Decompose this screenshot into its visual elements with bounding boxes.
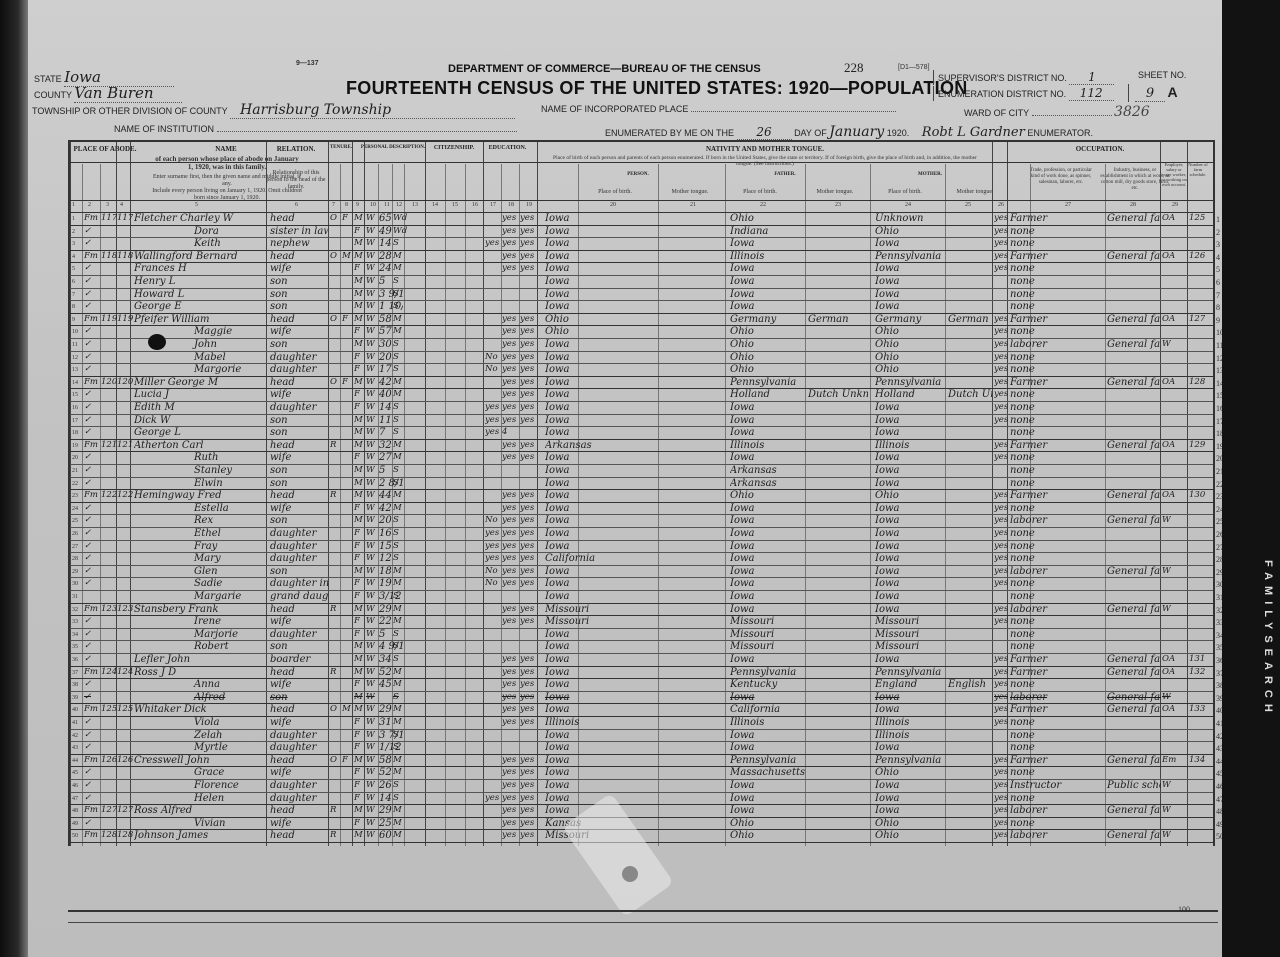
father-birthplace-cell: Kentucky — [730, 679, 805, 690]
tenure-owned-cell: R — [330, 830, 336, 840]
line-number: 17 — [72, 418, 78, 424]
line-number: 14 — [72, 380, 78, 386]
write-cell: yes — [520, 805, 534, 815]
sheet-number-label: SHEET NO. — [1138, 70, 1186, 80]
read-cell: yes — [502, 553, 516, 563]
scan-left-edge — [0, 0, 30, 957]
sex-cell: F — [354, 616, 360, 626]
enumeration-label: ENUMERATION DISTRICT NO. — [938, 89, 1066, 99]
age-cell: 3 9/12 — [379, 289, 403, 300]
name-cell: Stansbery Frank — [134, 604, 264, 615]
street-cell: Fm — [84, 377, 98, 387]
column-number: 25 — [965, 202, 971, 208]
race-cell: W — [366, 755, 375, 765]
birthplace-cell: Iowa — [545, 591, 655, 602]
marital-status-cell: M — [393, 440, 402, 450]
trade-cell: none — [1010, 742, 1104, 753]
class-of-worker-cell: OA — [1162, 251, 1175, 261]
birthplace-cell: Iowa — [545, 263, 655, 274]
line-number: 48 — [72, 808, 78, 814]
write-cell: yes — [520, 352, 534, 362]
sex-cell: M — [354, 830, 363, 840]
speaks-english-cell: yes — [994, 704, 1008, 714]
sex-cell: M — [354, 667, 363, 677]
write-cell: yes — [520, 830, 534, 840]
name-cell: Miller George M — [134, 377, 264, 388]
speaks-english-cell: yes — [994, 755, 1008, 765]
speaks-english-cell: yes — [994, 566, 1008, 576]
relation-cell: daughter — [270, 780, 328, 791]
race-cell: W — [366, 578, 375, 588]
school-cell: No — [485, 515, 498, 525]
speaks-english-cell: yes — [994, 667, 1008, 677]
street-cell: ✓ — [84, 616, 91, 626]
marital-status-cell: M — [393, 667, 402, 677]
column-number: 20 — [610, 202, 616, 208]
class-of-worker-cell: W — [1162, 604, 1171, 614]
class-of-worker-cell: OA — [1162, 377, 1175, 387]
bottom-number: 100 — [1178, 905, 1190, 914]
sex-cell: M — [354, 604, 363, 614]
race-cell: W — [366, 742, 375, 752]
street-cell: ✓ — [84, 352, 91, 362]
street-cell: ✓ — [84, 515, 91, 525]
read-cell: yes — [502, 528, 516, 538]
relation-cell: son — [270, 276, 328, 287]
enumeration-value: 112 — [1069, 86, 1114, 101]
race-cell: W — [366, 616, 375, 626]
family-number-cell: 120 — [117, 377, 133, 387]
father-birthplace-cell: Iowa — [730, 604, 805, 615]
sex-cell: M — [354, 478, 363, 488]
speaks-english-cell: yes — [994, 389, 1008, 399]
column-number: 17 — [490, 202, 496, 208]
line-number: 32 — [72, 607, 78, 613]
race-cell: W — [366, 604, 375, 614]
age-cell: 30 — [379, 339, 403, 350]
line-number-right: 1 — [1216, 215, 1220, 224]
column-number: 6 — [295, 202, 298, 208]
street-cell: ✓ — [84, 629, 91, 639]
column-number: 5 — [195, 202, 198, 208]
marital-status-cell: M — [393, 604, 402, 614]
race-cell: W — [366, 377, 375, 387]
read-cell: yes — [502, 717, 516, 727]
street-cell: ✓ — [84, 301, 91, 311]
trade-cell: Farmer — [1010, 251, 1104, 262]
trade-cell: none — [1010, 767, 1104, 778]
name-cell: Cresswell John — [134, 755, 264, 766]
birthplace-cell: Iowa — [545, 364, 655, 375]
sex-cell: M — [354, 276, 363, 286]
trade-cell: none — [1010, 301, 1104, 312]
tenure-mortgage-cell: F — [342, 755, 348, 765]
industry-cell: General farm — [1107, 251, 1161, 262]
father-birthplace-cell: Indiana — [730, 226, 805, 237]
trade-cell: laborer — [1010, 566, 1104, 577]
industry-cell: General farm — [1107, 805, 1161, 816]
name-cell: Pfeifer William — [134, 314, 264, 325]
enumerator-signature: Robt L Gardner — [922, 125, 1025, 140]
street-cell: ✓ — [84, 578, 91, 588]
father-birthplace-cell: Iowa — [730, 730, 805, 741]
race-cell: W — [366, 667, 375, 677]
father-birthplace-cell: Ohio — [730, 490, 805, 501]
farm-schedule-cell: 131 — [1189, 654, 1205, 664]
trade-cell: none — [1010, 503, 1104, 514]
street-cell: ✓ — [84, 364, 91, 374]
column-number: 12 — [396, 202, 402, 208]
line-number: 11 — [72, 342, 78, 348]
relation-cell: wife — [270, 389, 328, 400]
write-cell: yes — [520, 452, 534, 462]
write-cell: yes — [520, 767, 534, 777]
birthplace-cell: Iowa — [545, 578, 655, 589]
marital-status-cell: S — [393, 742, 399, 752]
tenure-owned-cell: R — [330, 440, 336, 450]
house-number-cell: 127 — [101, 805, 117, 815]
read-cell: yes — [502, 780, 516, 790]
marital-status-cell: M — [393, 377, 402, 387]
write-cell: yes — [520, 717, 534, 727]
sex-cell: M — [354, 377, 363, 387]
industry-cell: General farm — [1107, 213, 1161, 224]
line-number: 34 — [72, 632, 78, 638]
write-cell: yes — [520, 755, 534, 765]
write-cell: yes — [520, 667, 534, 677]
father-birthplace-cell: Pennsylvania — [730, 755, 805, 766]
race-cell: W — [366, 427, 375, 437]
sex-cell: F — [354, 780, 360, 790]
race-cell: W — [366, 730, 375, 740]
write-cell: yes — [520, 515, 534, 525]
father-birthplace-cell: Pennsylvania — [730, 667, 805, 678]
race-cell: W — [366, 314, 375, 324]
street-cell: ✓ — [84, 692, 91, 702]
father-birthplace-cell: Iowa — [730, 591, 805, 602]
father-birthplace-cell: Iowa — [730, 541, 805, 552]
ink-blot — [148, 334, 166, 350]
sex-cell: M — [354, 692, 363, 702]
relation-cell: son — [270, 515, 328, 526]
marital-status-cell: M — [393, 818, 402, 828]
tenure-owned-cell: O — [330, 213, 337, 223]
marital-status-cell: M — [393, 566, 402, 576]
age-cell: 4 9/12 — [379, 641, 403, 652]
relation-cell: head — [270, 314, 328, 325]
father-birthplace-cell: Iowa — [730, 566, 805, 577]
age-cell: 20 — [379, 352, 403, 363]
birthplace-cell: Missouri — [545, 616, 655, 627]
header-pob-mother: Place of birth. — [870, 189, 940, 196]
sex-cell: M — [354, 440, 363, 450]
class-of-worker-cell: OA — [1162, 704, 1175, 714]
father-birthplace-cell: Ohio — [730, 818, 805, 829]
column-number: 23 — [835, 202, 841, 208]
class-of-worker-cell: OA — [1162, 314, 1175, 324]
write-cell: yes — [520, 339, 534, 349]
write-cell: yes — [520, 503, 534, 513]
house-number-cell: 121 — [101, 440, 117, 450]
speaks-english-cell: yes — [994, 440, 1008, 450]
trade-cell: none — [1010, 427, 1104, 438]
relation-cell: wife — [270, 717, 328, 728]
street-cell: ✓ — [84, 742, 91, 752]
race-cell: W — [366, 591, 375, 601]
street-cell: ✓ — [84, 263, 91, 273]
enumerated-day: 26 — [737, 125, 792, 140]
trade-cell: laborer — [1010, 805, 1104, 816]
form-code: [D1—578] — [898, 64, 930, 71]
mother-birthplace-cell: Iowa — [875, 692, 945, 703]
birthplace-cell: Iowa — [545, 490, 655, 501]
trade-cell: none — [1010, 465, 1104, 476]
street-cell: Fm — [84, 440, 98, 450]
column-number: 29 — [1172, 202, 1178, 208]
sex-cell: M — [354, 427, 363, 437]
age-cell: 14 — [379, 402, 403, 413]
write-cell: yes — [520, 704, 534, 714]
family-number-cell: 121 — [117, 440, 133, 450]
speaks-english-cell: yes — [994, 528, 1008, 538]
mother-birthplace-cell: Iowa — [875, 452, 945, 463]
line-number: 39 — [72, 695, 78, 701]
column-number: 2 — [88, 202, 91, 208]
sex-cell: M — [354, 490, 363, 500]
marital-status-cell: M — [393, 389, 402, 399]
line-number: 27 — [72, 544, 78, 550]
birthplace-cell: Iowa — [545, 641, 655, 652]
tenure-owned-cell: O — [330, 251, 337, 261]
name-cell: Howard L — [134, 289, 264, 300]
relation-cell: son — [270, 415, 328, 426]
write-cell: yes — [520, 604, 534, 614]
write-cell: yes — [520, 402, 534, 412]
sex-cell: M — [354, 339, 363, 349]
farm-schedule-cell: 134 — [1189, 755, 1205, 765]
birthplace-cell: Iowa — [545, 679, 655, 690]
race-cell: W — [366, 818, 375, 828]
write-cell: yes — [520, 541, 534, 551]
street-cell: Fm — [84, 667, 98, 677]
tenure-owned-cell: O — [330, 377, 337, 387]
street-cell: Fm — [84, 604, 98, 614]
sex-cell: M — [354, 805, 363, 815]
race-cell: W — [366, 263, 375, 273]
birthplace-cell: Iowa — [545, 478, 655, 489]
street-cell: Fm — [84, 314, 98, 324]
line-number-right: 6 — [1216, 278, 1220, 287]
birthplace-cell: Iowa — [545, 629, 655, 640]
father-birthplace-cell: Iowa — [730, 402, 805, 413]
marital-status-cell: M — [393, 490, 402, 500]
birthplace-cell: Iowa — [545, 339, 655, 350]
mother-birthplace-cell: England — [875, 679, 945, 690]
mother-tongue-cell: Dutch Unknown — [948, 389, 992, 400]
relation-cell: daughter in law — [270, 578, 328, 589]
race-cell: W — [366, 515, 375, 525]
department-heading: DEPARTMENT OF COMMERCE—BUREAU OF THE CEN… — [448, 63, 761, 75]
father-tongue-cell: German — [808, 314, 868, 325]
relation-cell: grand daughter — [270, 591, 328, 602]
father-birthplace-cell: Iowa — [730, 553, 805, 564]
race-cell: W — [366, 465, 375, 475]
marital-status-cell: S — [393, 654, 399, 664]
farm-schedule-cell: 125 — [1189, 213, 1205, 223]
trade-cell: laborer — [1010, 339, 1104, 350]
trade-cell: laborer — [1010, 515, 1104, 526]
column-number: 26 — [998, 202, 1004, 208]
relation-cell: daughter — [270, 742, 328, 753]
birthplace-cell: Ohio — [545, 314, 655, 325]
speaks-english-cell: yes — [994, 490, 1008, 500]
township-field: TOWNSHIP OR OTHER DIVISION OF COUNTY Har… — [32, 102, 515, 119]
header-nativity-sub: Place of birth of each person and parent… — [550, 155, 980, 167]
class-of-worker-cell: OA — [1162, 490, 1175, 500]
speaks-english-cell: yes — [994, 415, 1008, 425]
speaks-english-cell: yes — [994, 793, 1008, 803]
marital-status-cell: S — [393, 793, 399, 803]
age-cell: 5 — [379, 629, 403, 640]
mother-tongue-cell: German — [948, 314, 992, 325]
relation-cell: nephew — [270, 238, 328, 249]
father-birthplace-cell: Iowa — [730, 263, 805, 274]
relation-cell: head — [270, 213, 328, 224]
name-cell: Hemingway Fred — [134, 490, 264, 501]
line-number: 8 — [72, 304, 75, 310]
birthplace-cell: Iowa — [545, 377, 655, 388]
supervisor-label: SUPERVISOR'S DISTRICT NO. — [938, 73, 1067, 83]
trade-cell: none — [1010, 352, 1104, 363]
sex-cell: F — [354, 818, 360, 828]
trade-cell: none — [1010, 452, 1104, 463]
line-number: 36 — [72, 657, 78, 663]
trade-cell: none — [1010, 553, 1104, 564]
race-cell: W — [366, 301, 375, 311]
line-number: 41 — [72, 720, 78, 726]
age-cell: 34 — [379, 654, 403, 665]
sex-cell: F — [354, 452, 360, 462]
age-cell: 20 — [379, 515, 403, 526]
street-cell: ✓ — [84, 402, 91, 412]
age-cell: 1/12 — [379, 742, 403, 753]
birthplace-cell: Iowa — [545, 755, 655, 766]
race-cell: W — [366, 364, 375, 374]
name-cell: Edith M — [134, 402, 264, 413]
trade-cell: none — [1010, 326, 1104, 337]
marital-status-cell: M — [393, 616, 402, 626]
industry-cell: General farm — [1107, 830, 1161, 841]
header-nativity: NATIVITY AND MOTHER TONGUE. — [545, 145, 985, 153]
column-number: 21 — [690, 202, 696, 208]
street-cell: ✓ — [84, 767, 91, 777]
sex-cell: M — [354, 251, 363, 261]
scan-right-edge: FAMILYSEARCH — [1222, 0, 1280, 957]
father-birthplace-cell: Iowa — [730, 427, 805, 438]
farm-schedule-cell: 133 — [1189, 704, 1205, 714]
trade-cell: Instructor — [1010, 780, 1104, 791]
read-cell: yes — [502, 440, 516, 450]
father-tongue-cell: Dutch Unknown — [808, 389, 868, 400]
mother-birthplace-cell: Iowa — [875, 742, 945, 753]
race-cell: W — [366, 679, 375, 689]
street-cell: ✓ — [84, 541, 91, 551]
name-cell: Wallingford Bernard — [134, 251, 264, 262]
read-cell: yes — [502, 679, 516, 689]
relation-cell: daughter — [270, 730, 328, 741]
trade-cell: none — [1010, 263, 1104, 274]
read-cell: yes — [502, 805, 516, 815]
age-cell: 3/12 — [379, 591, 403, 602]
industry-cell: General farm — [1107, 566, 1161, 577]
name-cell: Whitaker Dick — [134, 704, 264, 715]
relation-cell: daughter — [270, 541, 328, 552]
incorporated-place-label: NAME OF INCORPORATED PLACE — [541, 104, 688, 114]
name-cell: Dick W — [134, 415, 264, 426]
father-birthplace-cell: Arkansas — [730, 478, 805, 489]
farm-schedule-cell: 128 — [1189, 377, 1205, 387]
family-number-cell: 124 — [117, 667, 133, 677]
birthplace-cell: Iowa — [545, 452, 655, 463]
family-number-cell: 123 — [117, 604, 133, 614]
header-tenure: TENURE. — [328, 145, 354, 150]
trade-cell: none — [1010, 402, 1104, 413]
tenure-mortgage-cell: F — [342, 377, 348, 387]
race-cell: W — [366, 692, 375, 702]
mother-birthplace-cell: Iowa — [875, 276, 945, 287]
birthplace-cell: Iowa — [545, 465, 655, 476]
relation-cell: daughter — [270, 793, 328, 804]
header-person: PERSON. — [578, 172, 698, 177]
birthplace-cell: Iowa — [545, 352, 655, 363]
class-of-worker-cell: W — [1162, 830, 1171, 840]
race-cell: W — [366, 830, 375, 840]
trade-cell: none — [1010, 629, 1104, 640]
street-cell: ✓ — [84, 238, 91, 248]
institution-value — [217, 131, 517, 132]
line-number-right: 2 — [1216, 228, 1220, 237]
house-number-cell: 122 — [101, 490, 117, 500]
race-cell: W — [366, 452, 375, 462]
father-birthplace-cell: Iowa — [730, 289, 805, 300]
read-cell: yes — [502, 213, 516, 223]
mother-birthplace-cell: Missouri — [875, 616, 945, 627]
relation-cell: son — [270, 301, 328, 312]
mother-birthplace-cell: Missouri — [875, 629, 945, 640]
line-number: 7 — [72, 292, 75, 298]
speaks-english-cell: yes — [994, 679, 1008, 689]
marital-status-cell: M — [393, 503, 402, 513]
birthplace-cell: Iowa — [545, 730, 655, 741]
race-cell: W — [366, 389, 375, 399]
sex-cell: F — [354, 503, 360, 513]
industry-cell: General farm — [1107, 377, 1161, 388]
sex-cell: F — [354, 629, 360, 639]
birthplace-cell: Iowa — [545, 692, 655, 703]
school-cell: No — [485, 578, 498, 588]
name-cell: Fletcher Charley W — [134, 213, 264, 224]
speaks-english-cell: yes — [994, 213, 1008, 223]
line-number: 10 — [72, 329, 78, 335]
marital-status-cell: S — [393, 692, 399, 702]
write-cell: yes — [520, 566, 534, 576]
read-cell: yes — [502, 314, 516, 324]
line-number: 43 — [72, 745, 78, 751]
relation-cell: head — [270, 490, 328, 501]
age-cell: 1 10/12 — [379, 301, 403, 312]
header-occupation: OCCUPATION. — [1030, 145, 1170, 153]
sex-cell: F — [354, 730, 360, 740]
